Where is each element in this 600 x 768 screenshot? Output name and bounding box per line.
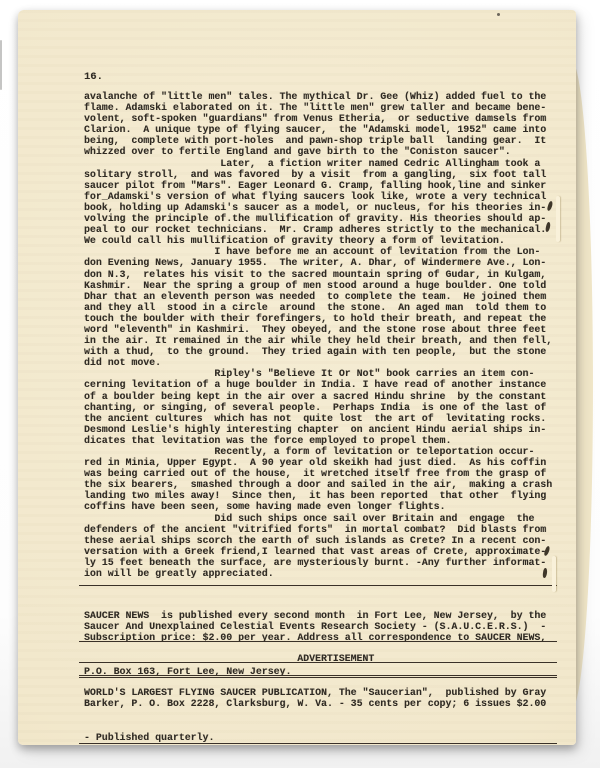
staple-ridge-top [556, 196, 560, 242]
footer-saucerian-ad-box: WORLD'S LARGEST FLYING SAUCER PUBLICATIO… [79, 662, 557, 766]
scan-speck [497, 13, 500, 16]
scanned-page-background: 16. avalanche of "little men" tales. The… [0, 0, 600, 768]
saucerian-ad-last-line: - Published quarterly. [79, 732, 557, 744]
newsletter-page: 16. avalanche of "little men" tales. The… [18, 10, 576, 745]
saucerian-ad-lines: WORLD'S LARGEST FLYING SAUCER PUBLICATIO… [79, 687, 557, 709]
page-number: 16. [84, 72, 103, 83]
body-text: avalanche of "little men" tales. The myt… [84, 91, 564, 579]
saucer-news-info-lines: SAUCER NEWS is published every second mo… [79, 610, 557, 643]
staple-ridge-bottom [552, 556, 556, 592]
scan-edge-artifact [0, 40, 2, 90]
